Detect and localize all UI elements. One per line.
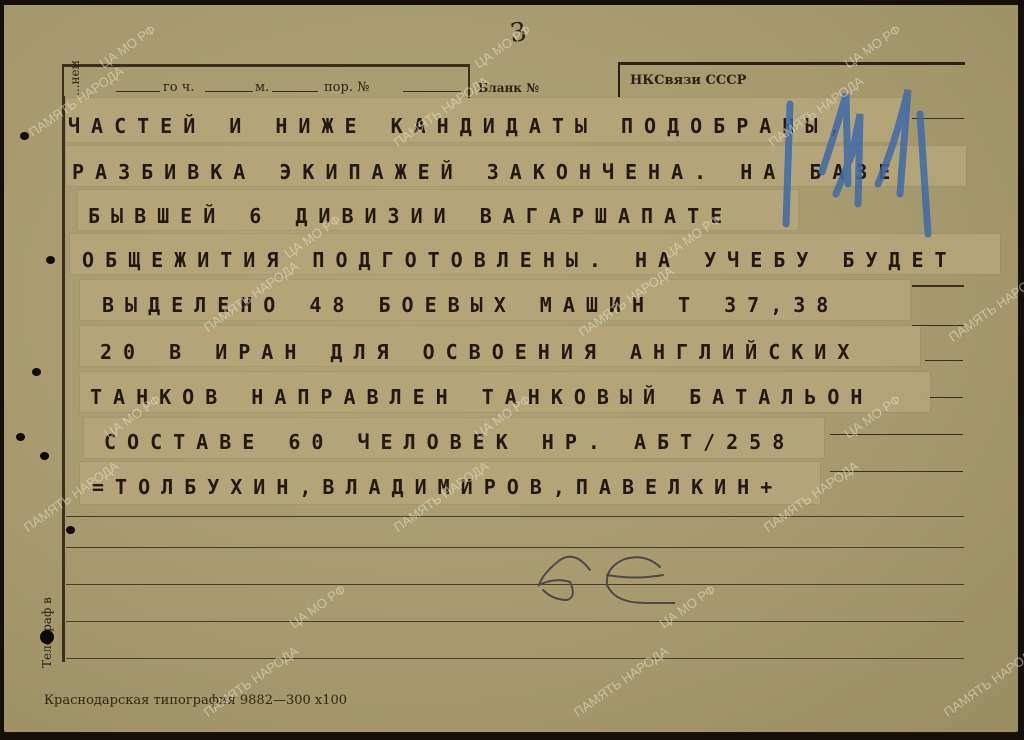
ruled-line [66,516,964,517]
ruled-line [925,360,963,361]
hour-blank [116,91,160,92]
ruled-line [830,434,963,435]
blank-number-label: Бланк № [478,81,539,95]
telegram-line-6: 20 В ИРАН ДЛЯ ОСВОЕНИЯ АНГЛИЙСКИХ [100,340,860,364]
received-label: ...нем [68,60,82,96]
hour-label: го ч. [163,80,195,95]
scan-edge-top [0,0,1024,5]
punch-hole [46,256,55,264]
telegram-line-1: ЧАСТЕЙ И НИЖЕ КАНДИДАТЫ ПОДОБРАНЫ, [68,114,851,138]
minute-blank [205,91,253,92]
agency-label: НКСвязи СССР [630,73,746,88]
punch-hole [16,433,25,441]
ruled-line [912,285,964,287]
minute-label: м. [255,80,269,95]
serial-blank-pre [272,91,318,92]
telegram-line-3: БЫВШЕЙ 6 ДИВИЗИИ ВАГАРШАПАТЕ [88,204,733,228]
punch-hole [66,526,75,534]
punch-hole [40,630,54,644]
punch-hole [32,368,41,376]
scan-edge-right [1018,0,1024,740]
telegram-line-8: СОСТАВЕ 60 ЧЕЛОВЕК НР. АБТ/258 [104,430,795,454]
margin-rule [62,96,65,662]
scan-edge-bottom [0,733,1024,740]
blue-pencil-annotation [760,84,960,244]
telegram-line-5: ВЫДЕЛЕНО 48 БОЕВЫХ МАШИН Т 37,38 [102,293,839,317]
ruled-line [925,397,963,398]
grey-pencil-annotation [535,545,675,615]
ruled-line [66,547,964,548]
telegram-line-4: ОБЩЕЖИТИЯ ПОДГОТОВЛЕНЫ. НА УЧЕБУ БУДЕТ [82,248,958,272]
punch-hole [40,452,49,460]
serial-blank [403,91,461,92]
ruled-line [830,471,963,472]
telegram-line-9: =ТОЛБУХИН,ВЛАДИМИРОВ,ПАВЕЛКИН+ [92,475,783,499]
ruled-line [66,584,964,585]
punch-hole [20,132,29,140]
ruled-line [66,621,964,622]
telegram-line-7: ТАНКОВ НАПРАВЛЕН ТАНКОВЫЙ БАТАЛЬОН [90,385,873,409]
ruled-line [66,658,964,659]
scan-edge-left [0,0,4,740]
serial-label: пор. № [324,80,369,95]
printer-imprint: Краснодарская типография 9882—300 х100 [44,693,347,708]
